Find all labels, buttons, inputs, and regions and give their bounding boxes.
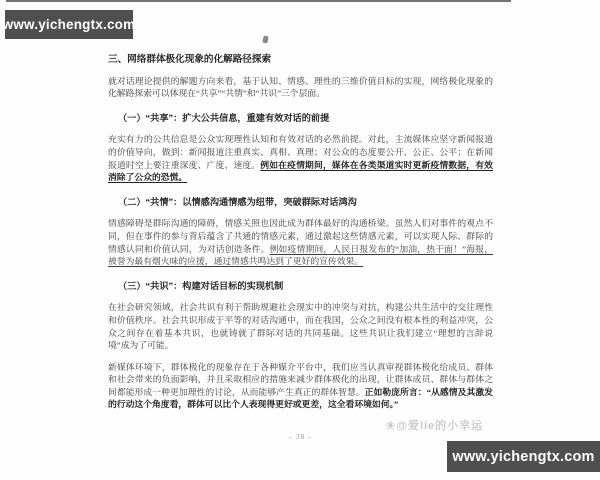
scan-artifact-mark <box>262 36 268 44</box>
text-run: （二）“共情”：以情感沟通情感为纽带，突破群际对话鸿沟 <box>118 197 357 207</box>
body-paragraph: 新媒体环境下，群体极化的现象存在于各种媒介平台中，我们应当认真审视群体极化给成员… <box>108 361 493 411</box>
sub-heading: （一）“共享”：扩大公共信息，重建有效对话的前提 <box>108 112 493 125</box>
sub-heading: （二）“共情”：以情感沟通情感为纽带，突破群际对话鸿沟 <box>108 196 493 209</box>
page-number: - 38 - <box>108 432 493 441</box>
body-paragraph: 充实有力的公共信息是公众实现理性认知和有效对话的必然前提。对此，主流媒体应坚守新… <box>108 133 493 183</box>
page-scan-edge <box>6 0 511 2</box>
watermark-url-text: www.yichengtx.com <box>452 449 594 465</box>
body-paragraph: 情感障碍是群际沟通的障碍，情感关照也因此成为群体最好的沟通桥梁。虽然人们对事件的… <box>108 217 493 267</box>
text-run: （一）“共享”：扩大公共信息，重建有效对话的前提 <box>118 113 329 123</box>
text-run: 在社会研究领域，社会共识有利于帮助规避社会现实中的冲突与对抗，构建公共生活中的交… <box>108 302 493 350</box>
watermark-badge-bottom: www.yichengtx.com <box>447 441 600 472</box>
text-run: （三）“共识”：构建对话目标的实现机制 <box>118 281 283 291</box>
body-paragraph: 就对话理论提供的解题方向来看，基于认知、情感、理性的三维价值目标的实现，网络极化… <box>108 75 493 100</box>
body-paragraph: 在社会研究领域，社会共识有利于帮助规避社会现实中的冲突与对抗，构建公共生活中的交… <box>108 301 493 351</box>
text-run: 三、网络群体极化现象的化解路径探索 <box>108 54 271 65</box>
sub-heading: （三）“共识”：构建对话目标的实现机制 <box>108 280 493 293</box>
text-run: 就对话理论提供的解题方向来看，基于认知、情感、理性的三维价值目标的实现，网络极化… <box>108 76 493 99</box>
document-body: 三、网络群体极化现象的化解路径探索就对话理论提供的解题方向来看，基于认知、情感、… <box>108 54 493 420</box>
watermark-badge-top: www.yichengtx.com <box>5 10 133 39</box>
section-heading: 三、网络群体极化现象的化解路径探索 <box>108 54 493 67</box>
watermark-url-text: www.yichengtx.com <box>3 17 136 32</box>
